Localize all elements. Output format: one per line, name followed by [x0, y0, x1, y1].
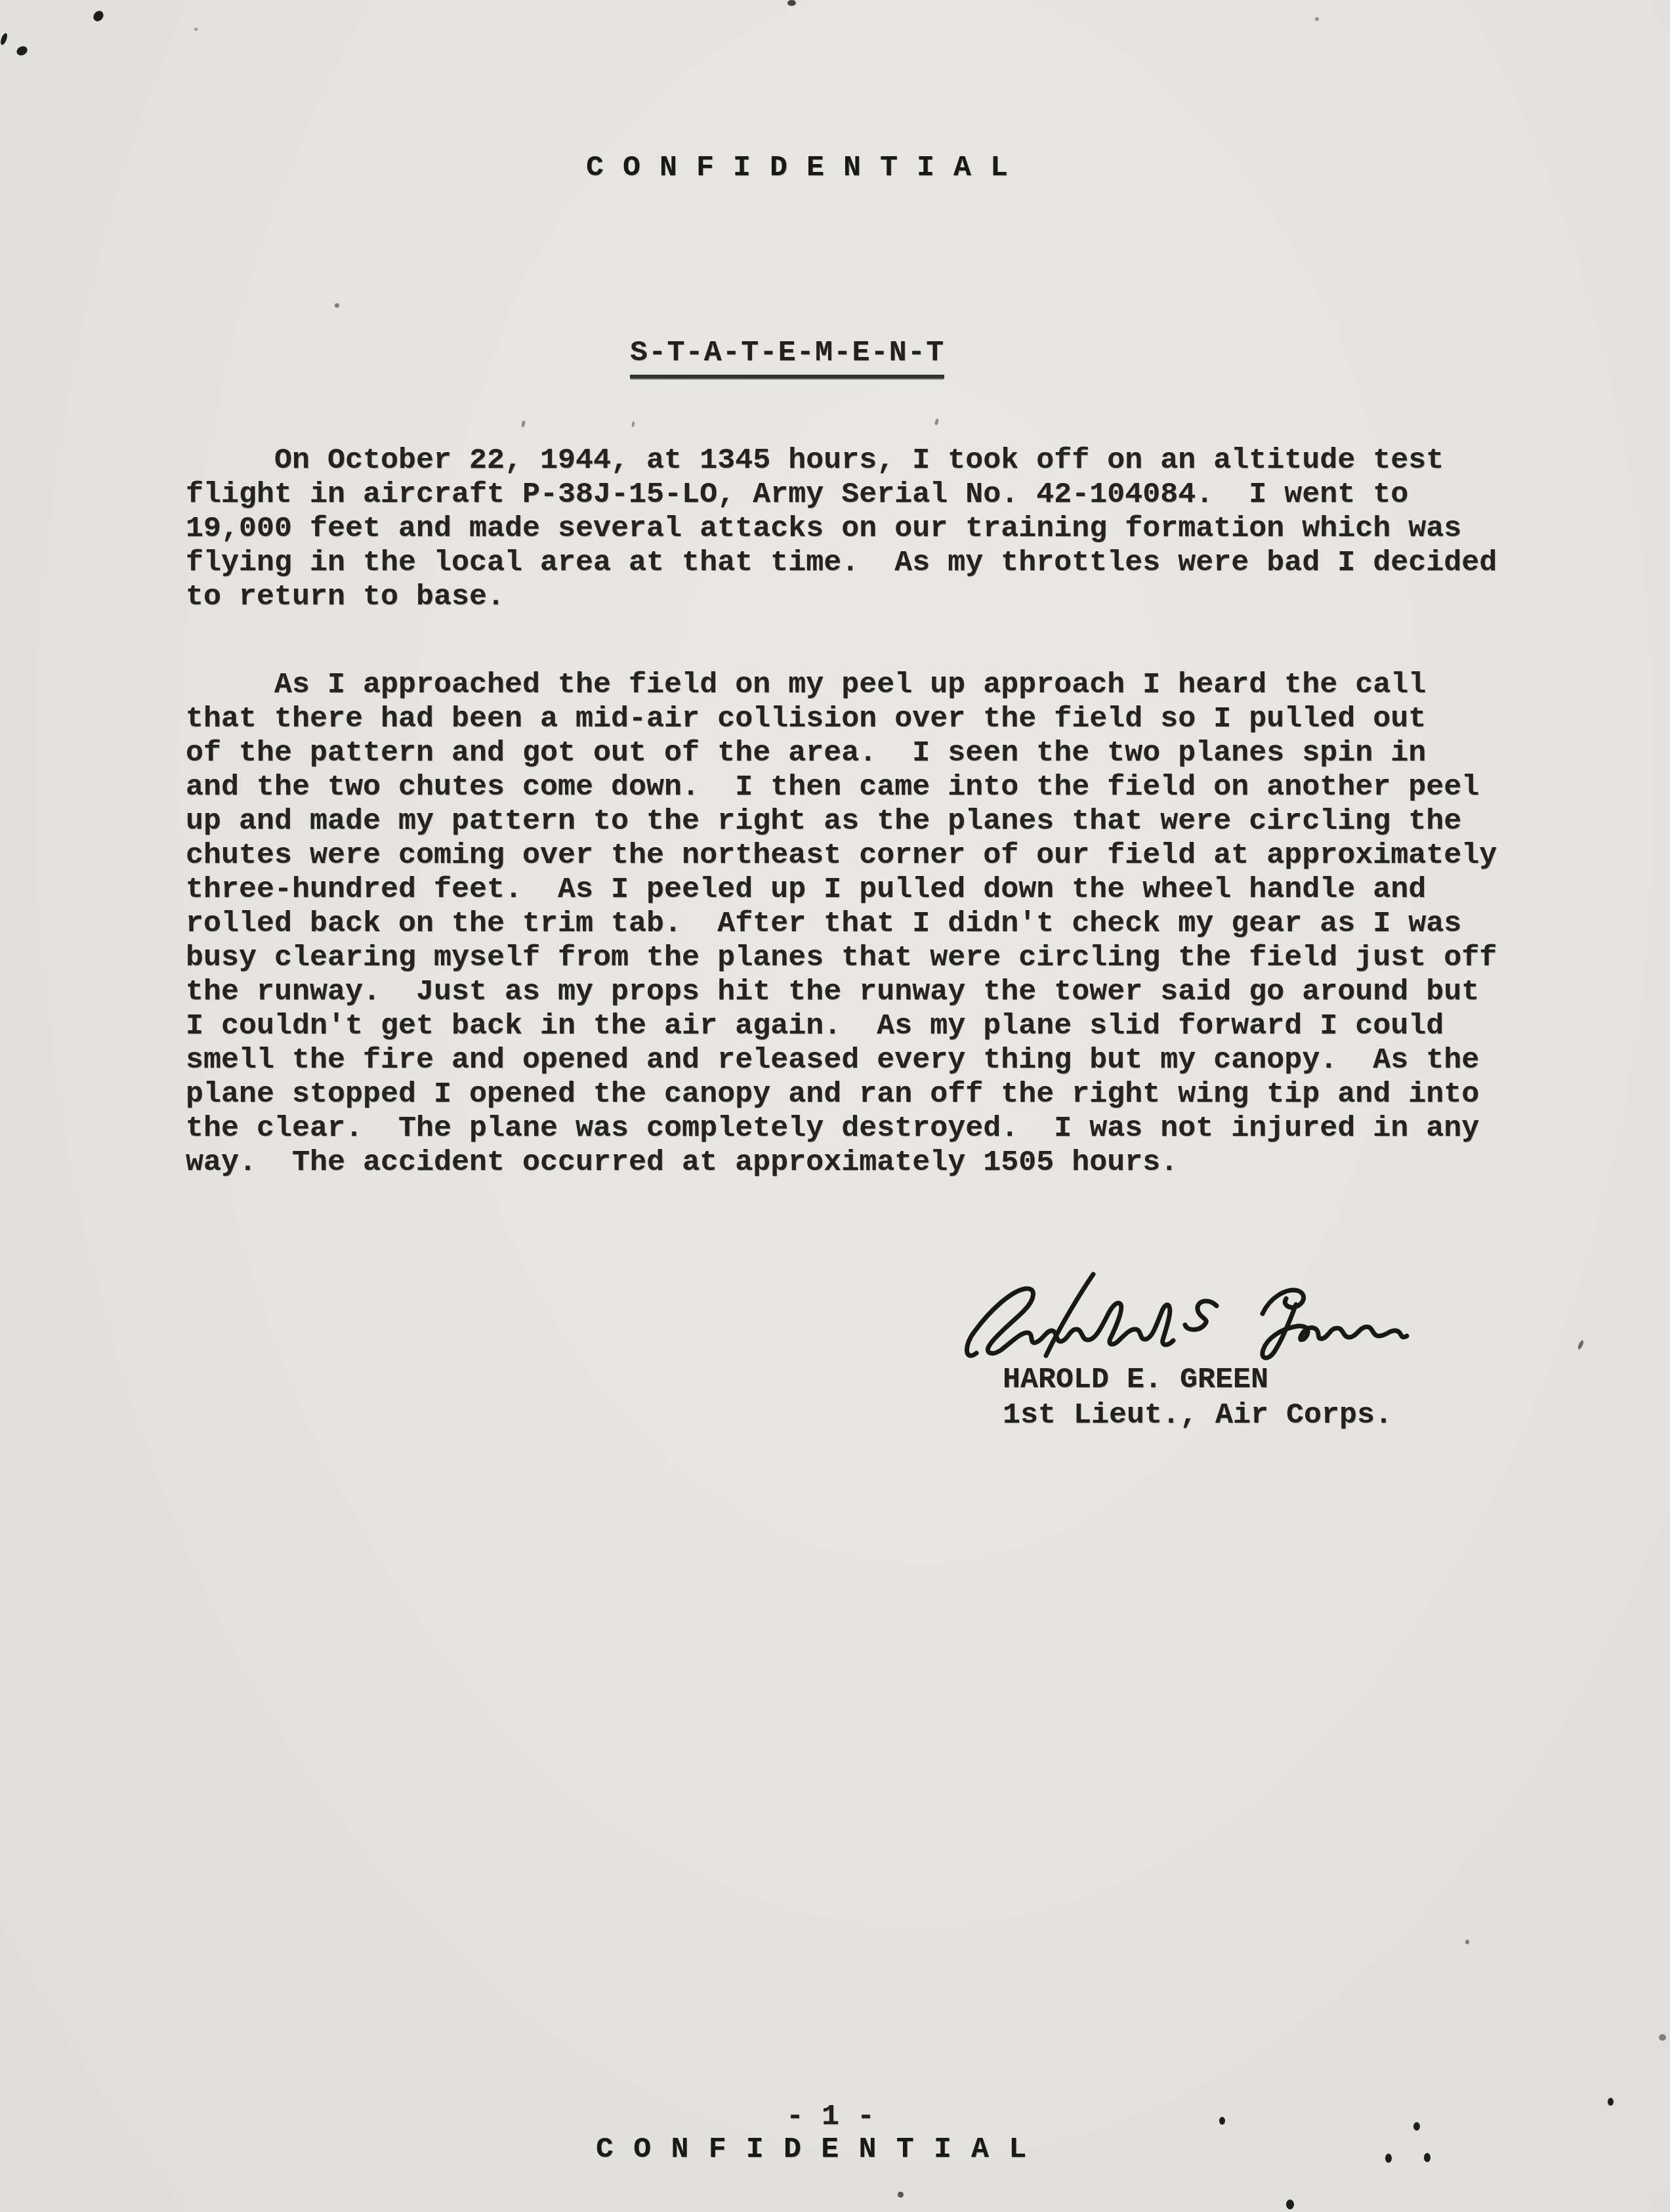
signature-stroke-harold — [967, 1289, 1173, 1356]
signature-stroke-green — [1263, 1290, 1407, 1358]
ink-speck — [335, 303, 339, 308]
ink-speck — [1465, 1940, 1469, 1944]
ink-speck — [898, 2192, 904, 2198]
statement-paragraph-1: On October 22, 1944, at 1345 hours, I to… — [186, 444, 1497, 614]
ink-speck — [787, 0, 796, 6]
classification-footer: C O N F I D E N T I A L — [596, 2133, 1028, 2167]
signature-typed-name: HAROLD E. GREEN — [1003, 1362, 1268, 1398]
page-number: - 1 - — [786, 2100, 875, 2134]
scanned-document-page: C O N F I D E N T I A L S-T-A-T-E-M-E-N-… — [0, 0, 1670, 2212]
ink-speck — [631, 421, 635, 428]
ink-speck — [0, 32, 9, 46]
classification-header: C O N F I D E N T I A L — [586, 151, 1009, 185]
signature-stroke-e-initial — [1185, 1301, 1217, 1330]
statement-paragraph-2: As I approached the field on my peel up … — [186, 668, 1497, 1180]
ink-speck — [1424, 2153, 1430, 2162]
ink-speck — [91, 9, 106, 23]
ink-speck — [1413, 2122, 1420, 2131]
ink-speck — [521, 421, 526, 428]
ink-speck — [194, 28, 198, 31]
ink-speck — [1608, 2098, 1614, 2106]
ink-speck — [1385, 2154, 1392, 2163]
ink-speck — [1659, 2034, 1666, 2041]
ink-speck — [1577, 1339, 1585, 1350]
signature-rank: 1st Lieut., Air Corps. — [1003, 1398, 1392, 1433]
document-title: S-T-A-T-E-M-E-N-T — [630, 336, 944, 379]
ink-speck — [934, 419, 939, 426]
signature-stroke-h-slash — [1046, 1274, 1093, 1356]
ink-speck — [15, 45, 29, 57]
ink-speck — [1219, 2117, 1225, 2125]
ink-speck — [1315, 17, 1319, 21]
ink-speck — [1286, 2200, 1294, 2209]
